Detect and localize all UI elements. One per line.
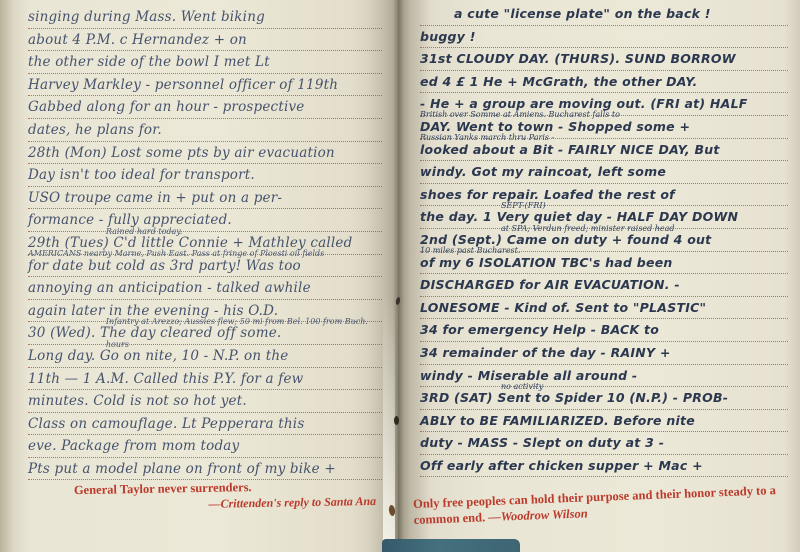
handwritten-line-text: 34 remainder of the day - RAINY + <box>420 345 671 360</box>
handwritten-line: 2nd (Sept.) Came on duty + found 4 outat… <box>420 229 788 252</box>
handwritten-line-text: 28th (Mon) Lost some pts by air evacuati… <box>28 145 335 161</box>
handwritten-line-text: 30 (Wed). The day cleared off some. <box>28 325 281 341</box>
handwritten-line: 3RD (SAT) Sent to Spider 10 (N.P.) - PRO… <box>420 387 788 410</box>
ink-blot <box>394 416 399 425</box>
handwritten-line: looked about a Bit - FAIRLY NICE DAY, Bu… <box>420 139 788 162</box>
handwritten-line: formance - fully appreciated. <box>28 209 382 232</box>
handwritten-line-text: a cute "license plate" on the back ! <box>420 6 711 21</box>
handwritten-line-text: Day isn't too ideal for transport. <box>28 167 255 183</box>
handwritten-line: 28th (Mon) Lost some pts by air evacuati… <box>28 142 382 165</box>
handwritten-line: 34 for emergency Help - BACK to <box>420 319 788 342</box>
handwritten-line-text: the day. 1 Very quiet day - HALF DAY DOW… <box>420 209 738 224</box>
right-page-printed-footer: Only free peoples can hold their purpose… <box>413 483 782 528</box>
handwritten-line: dates, he plans for. <box>28 119 382 142</box>
right-page: a cute "license plate" on the back !bugg… <box>398 0 800 552</box>
handwritten-line: 30 (Wed). The day cleared off some.Infan… <box>28 322 382 345</box>
open-diary-scan: singing during Mass. Went bikingabout 4 … <box>0 0 800 552</box>
interlinear-note: Russian Yanks march thru Paris - <box>420 134 554 142</box>
handwritten-line-text: of my 6 ISOLATION TBC's had been <box>420 255 673 270</box>
handwritten-line-text: 2nd (Sept.) Came on duty + found 4 out <box>420 232 711 247</box>
interlinear-note: no activity <box>501 383 543 391</box>
handwritten-line: Off early after chicken supper + Mac + <box>420 455 788 478</box>
printed-quote: Only free peoples can hold their purpose… <box>413 483 776 526</box>
handwritten-line-text: LONESOME - Kind of. Sent to "PLASTIC" <box>420 300 706 315</box>
handwritten-line-text: 34 for emergency Help - BACK to <box>420 322 659 337</box>
handwritten-line-text: DISCHARGED for AIR EVACUATION. - <box>420 277 680 292</box>
handwritten-line: for date but cold as 3rd party! Was too <box>28 255 382 278</box>
interlinear-note: 10 miles past Bucharest. <box>420 247 520 255</box>
handwritten-line-text: annoying an anticipation - talked awhile <box>28 280 311 296</box>
handwritten-line-text: Pts put a model plane on front of my bik… <box>28 461 336 477</box>
handwritten-line: duty - MASS - Slept on duty at 3 - <box>420 432 788 455</box>
handwritten-line-text: windy - Miserable all around - <box>420 368 637 383</box>
interlinear-note: at SPA; Verdun freed; minister raised he… <box>501 225 675 233</box>
handwritten-line: of my 6 ISOLATION TBC's had been <box>420 252 788 275</box>
right-page-handwriting: a cute "license plate" on the back !bugg… <box>420 3 788 477</box>
handwritten-line: windy. Got my raincoat, left some <box>420 161 788 184</box>
handwritten-line-text: dates, he plans for. <box>28 122 162 138</box>
handwritten-line: Pts put a model plane on front of my bik… <box>28 458 382 481</box>
handwritten-line: a cute "license plate" on the back ! <box>420 3 788 26</box>
handwritten-line-text: looked about a Bit - FAIRLY NICE DAY, Bu… <box>420 142 720 157</box>
handwritten-line: USO troupe came in + put on a per- <box>28 187 382 210</box>
handwritten-line: 11th — 1 A.M. Called this P.Y. for a few <box>28 368 382 391</box>
handwritten-line-text: Gabbed along for an hour - prospective <box>28 99 304 115</box>
handwritten-line: ABLY to BE FAMILIARIZED. Before nite <box>420 410 788 433</box>
handwritten-line: singing during Mass. Went biking <box>28 6 382 29</box>
handwritten-line-text: Class on camouflage. Lt Pepperara this <box>28 416 304 432</box>
handwritten-line: 29th (Tues) C'd little Connie + Mathley … <box>28 232 382 255</box>
handwritten-line: - He + a group are moving out. (FRI at) … <box>420 93 788 116</box>
handwritten-line-text: duty - MASS - Slept on duty at 3 - <box>420 435 664 450</box>
book-cover-edge <box>382 539 520 552</box>
handwritten-line-text: minutes. Cold is not so hot yet. <box>28 393 247 409</box>
diary-scan-page: { "colors": { "paper": "#ece8d7", "rule_… <box>0 0 800 552</box>
interlinear-note: SEPT-(FRI) <box>501 202 546 210</box>
handwritten-line: the other side of the bowl I met Lt <box>28 51 382 74</box>
handwritten-line-text: windy. Got my raincoat, left some <box>420 164 666 179</box>
handwritten-line: annoying an anticipation - talked awhile <box>28 277 382 300</box>
interlinear-note: Infantry at Arezzo; Aussies flew; 50 mi … <box>106 318 368 326</box>
handwritten-line-text: the other side of the bowl I met Lt <box>28 54 270 70</box>
handwritten-line: DISCHARGED for AIR EVACUATION. - <box>420 274 788 297</box>
left-page: singing during Mass. Went bikingabout 4 … <box>0 0 398 552</box>
handwritten-line-text: ABLY to BE FAMILIARIZED. Before nite <box>420 413 695 428</box>
handwritten-line-text: DAY. Went to town - Shopped some + <box>420 119 690 134</box>
handwritten-line: Harvey Markley - personnel officer of 11… <box>28 74 382 97</box>
handwritten-line-text: Off early after chicken supper + Mac + <box>420 458 703 473</box>
left-page-printed-footer: General Taylor never surrenders. —Critte… <box>0 478 398 516</box>
handwritten-line: 31st CLOUDY DAY. (THURS). SUND BORROW <box>420 48 788 71</box>
handwritten-line-text: again later in the evening - his O.D. <box>28 303 278 319</box>
handwritten-line-text: about 4 P.M. c Hernandez + on <box>28 32 247 48</box>
handwritten-line-text: Long day. Go on nite, 10 - N.P. on the <box>28 348 288 364</box>
handwritten-line-text: singing during Mass. Went biking <box>28 9 265 25</box>
handwritten-line-text: 31st CLOUDY DAY. (THURS). SUND BORROW <box>420 51 736 66</box>
handwritten-line-text: ed 4 £ 1 He + McGrath, the other DAY. <box>420 74 697 89</box>
interlinear-note: Rained hard today. <box>106 228 182 236</box>
handwritten-line: buggy ! <box>420 26 788 49</box>
handwritten-line-text: USO troupe came in + put on a per- <box>28 190 282 206</box>
handwritten-line: shoes for repair. Loafed the rest of <box>420 184 788 207</box>
handwritten-line-text: Harvey Markley - personnel officer of 11… <box>28 77 338 93</box>
handwritten-line: Day isn't too ideal for transport. <box>28 164 382 187</box>
handwritten-line-text: formance - fully appreciated. <box>28 212 232 228</box>
handwritten-line: windy - Miserable all around - <box>420 365 788 388</box>
printed-quote-attribution: —Woodrow Wilson <box>488 506 588 524</box>
handwritten-line: eve. Package from mom today <box>28 435 382 458</box>
handwritten-line: DAY. Went to town - Shopped some +Russia… <box>420 116 788 139</box>
handwritten-line-text: shoes for repair. Loafed the rest of <box>420 187 675 202</box>
interlinear-note: hours <box>106 341 129 349</box>
left-page-handwriting: singing during Mass. Went bikingabout 4 … <box>28 6 382 480</box>
interlinear-note: British over Somme at Amiens. Bucharest … <box>420 111 620 119</box>
handwritten-line-text: for date but cold as 3rd party! Was too <box>28 258 301 274</box>
handwritten-line: Class on camouflage. Lt Pepperara this <box>28 413 382 436</box>
handwritten-line: ed 4 £ 1 He + McGrath, the other DAY. <box>420 71 788 94</box>
handwritten-line-text: eve. Package from mom today <box>28 438 239 454</box>
handwritten-line: Gabbed along for an hour - prospective <box>28 96 382 119</box>
handwritten-line-text: 3RD (SAT) Sent to Spider 10 (N.P.) - PRO… <box>420 390 728 405</box>
handwritten-line-text: buggy ! <box>420 29 476 44</box>
handwritten-line: LONESOME - Kind of. Sent to "PLASTIC" <box>420 297 788 320</box>
handwritten-line: minutes. Cold is not so hot yet. <box>28 390 382 413</box>
handwritten-line: about 4 P.M. c Hernandez + on <box>28 29 382 52</box>
handwritten-line-text: 11th — 1 A.M. Called this P.Y. for a few <box>28 371 303 387</box>
handwritten-line: 34 remainder of the day - RAINY + <box>420 342 788 365</box>
interlinear-note: AMERICANS nearby Marne, Push East. Pass … <box>28 250 324 258</box>
handwritten-line: Long day. Go on nite, 10 - N.P. on theho… <box>28 345 382 368</box>
